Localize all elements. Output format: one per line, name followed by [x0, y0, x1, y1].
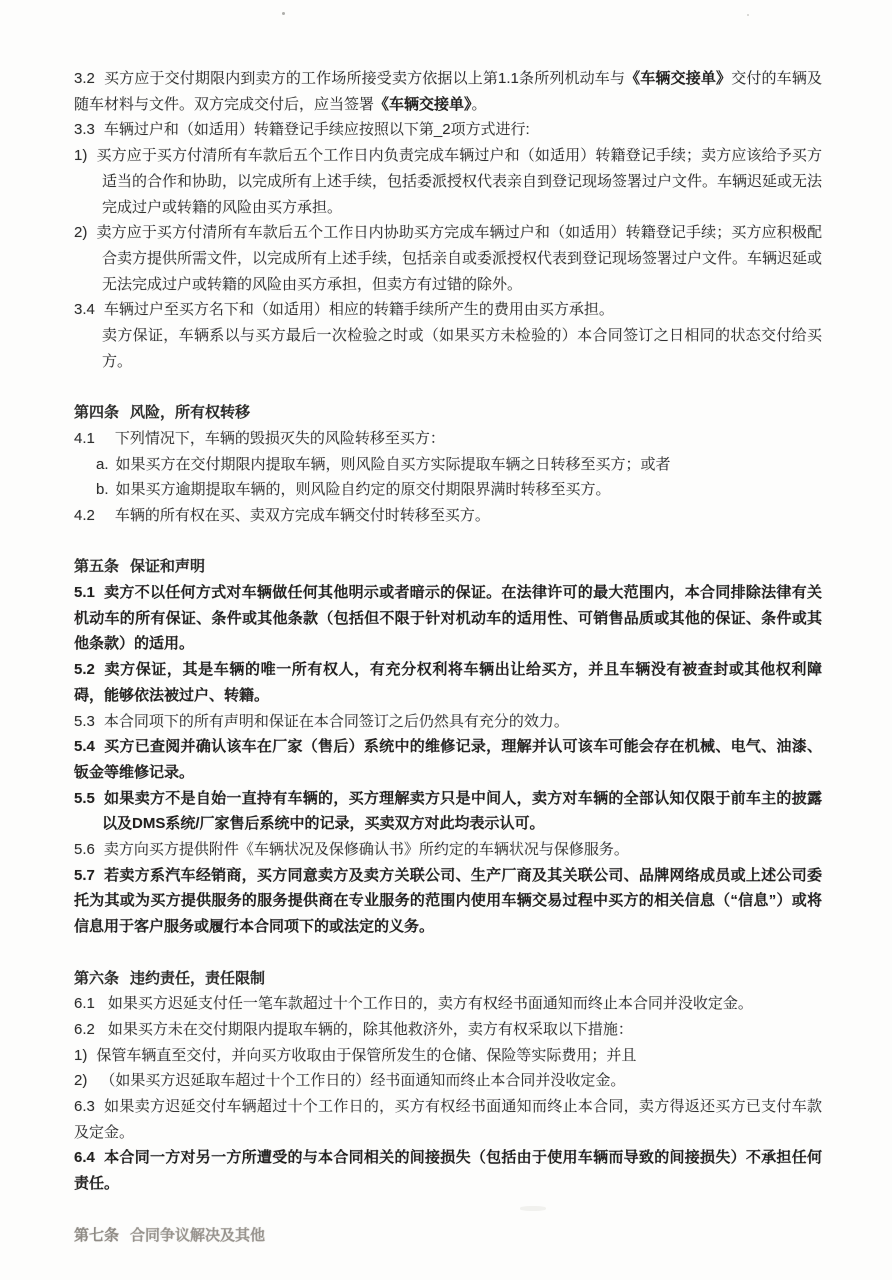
clause-number: 第七条 — [74, 1227, 119, 1244]
scan-speck — [747, 14, 749, 16]
text-run: 下列情况下，车辆的毁损灭失的风险转移至买方： — [115, 430, 445, 447]
scanned-contract-page: 3.2买方应于交付期限内到卖方的工作场所接受卖方依据以上第1.1条所列机动车与《… — [0, 0, 892, 1280]
contract-paragraph: 5.2卖方保证，其是车辆的唯一所有权人，有充分权利将车辆出让给买方，并且车辆没有… — [74, 657, 822, 708]
text-run: 本合同一方对另一方所遭受的与本合同相关的间接损失（包括由于使用车辆而导致的间接损… — [74, 1149, 822, 1192]
text-run: 买方应于买方付清所有车款后五个工作日内负责完成车辆过户和（如适用）转籍登记手续；… — [96, 147, 822, 215]
clause-number: 5.5 — [74, 790, 95, 807]
text-run: 如果买方迟延支付任一笔车款超过十个工作日的，卖方有权经书面通知而终止本合同并没收… — [108, 995, 753, 1012]
contract-paragraph: 6.3如果卖方迟延交付车辆超过十个工作日的，买方有权经书面通知而终止本合同，卖方… — [74, 1094, 822, 1145]
clause-number: 4.1 — [74, 430, 95, 447]
text-run: 合同争议解决及其他 — [130, 1227, 265, 1244]
text-run: 本合同项下的所有声明和保证在本合同签订之后仍然具有充分的效力。 — [104, 713, 569, 730]
text-run: 风险，所有权转移 — [130, 404, 250, 421]
contract-paragraph: b.如果买方逾期提取车辆的，则风险自约定的原交付期限界满时转移至买方。 — [74, 477, 822, 503]
clause-number: 3.3 — [74, 121, 95, 138]
clause-number: 3.2 — [74, 70, 95, 87]
clause-number: 1) — [74, 147, 87, 164]
clause-number: 6.4 — [74, 1149, 95, 1166]
text-run: 保管车辆直至交付，并向买方收取由于保管所发生的仓储、保险等实际费用；并且 — [96, 1047, 636, 1064]
clause-number: 4.2 — [74, 507, 95, 524]
text-run: 车辆过户和（如适用）转籍登记手续应按照以下第_2项方式进行: — [104, 121, 530, 138]
contract-paragraph: 6.4本合同一方对另一方所遭受的与本合同相关的间接损失（包括由于使用车辆而导致的… — [74, 1145, 822, 1196]
text-run: 《车辆交接单》 — [625, 70, 731, 87]
text-run: 买方应于交付期限内到卖方的工作场所接受卖方依据以上第1.1条所列机动车与 — [104, 70, 625, 87]
text-run: 若卖方系汽车经销商，买方同意卖方及卖方关联公司、生产厂商及其关联公司、品牌网络成… — [74, 867, 822, 935]
contract-paragraph: a.如果买方在交付期限内提取车辆，则风险自买方实际提取车辆之日转移至买方；或者 — [74, 452, 822, 478]
contract-paragraph: 5.3本合同项下的所有声明和保证在本合同签订之后仍然具有充分的效力。 — [74, 709, 822, 735]
contract-paragraph: 5.5如果卖方不是自始一直持有车辆的，买方理解卖方只是中间人，卖方对车辆的全部认… — [74, 786, 822, 837]
text-run: 如果卖方不是自始一直持有车辆的，买方理解卖方只是中间人，卖方对车辆的全部认知仅限… — [102, 790, 822, 833]
contract-paragraph: 2)卖方应于买方付清所有车款后五个工作日内协助买方完成车辆过户和（如适用）转籍登… — [74, 220, 822, 297]
text-run: 买方已查阅并确认该车在厂家（售后）系统中的维修记录，理解并认可该车可能会存在机械… — [74, 738, 822, 781]
clause-number: 2) — [74, 1072, 87, 1089]
contract-paragraph: 6.1如果买方迟延支付任一笔车款超过十个工作日的，卖方有权经书面通知而终止本合同… — [74, 991, 822, 1017]
clause-number: 5.6 — [74, 841, 95, 858]
clause-number: 5.4 — [74, 738, 95, 755]
clause-number: 2) — [74, 224, 87, 241]
contract-paragraph: 5.4买方已查阅并确认该车在厂家（售后）系统中的维修记录，理解并认可该车可能会存… — [74, 734, 822, 785]
contract-paragraph: 3.3车辆过户和（如适用）转籍登记手续应按照以下第_2项方式进行: — [74, 117, 822, 143]
text-run: 如果卖方迟延交付车辆超过十个工作日的，买方有权经书面通知而终止本合同，卖方得返还… — [74, 1098, 822, 1141]
section-heading: 第六条违约责任，责任限制 — [74, 966, 822, 992]
scan-smudge — [520, 1206, 546, 1211]
section-heading: 第四条风险，所有权转移 — [74, 400, 822, 426]
text-run: （如果买方迟延取车超过十个工作日的）经书面通知而终止本合同并没收定金。 — [100, 1072, 625, 1089]
contract-paragraph: 2)（如果买方迟延取车超过十个工作日的）经书面通知而终止本合同并没收定金。 — [74, 1068, 822, 1094]
text-run: 如果买方在交付期限内提取车辆，则风险自买方实际提取车辆之日转移至买方；或者 — [116, 456, 671, 473]
text-run: 。 — [472, 96, 487, 113]
text-run: 如果买方逾期提取车辆的，则风险自约定的原交付期限界满时转移至买方。 — [116, 481, 611, 498]
contract-paragraph: 卖方保证，车辆系以与买方最后一次检验之时或（如果买方未检验的）本合同签订之日相同… — [74, 323, 822, 374]
clause-number: 5.1 — [74, 584, 95, 601]
contract-paragraph: 4.2车辆的所有权在买、卖双方完成车辆交付时转移至买方。 — [74, 503, 822, 529]
scan-speck — [282, 12, 285, 15]
contract-paragraph: 3.4车辆过户至买方名下和（如适用）相应的转籍手续所产生的费用由买方承担。 — [74, 297, 822, 323]
contract-paragraph: 4.1下列情况下，车辆的毁损灭失的风险转移至买方： — [74, 426, 822, 452]
contract-paragraph: 1)买方应于买方付清所有车款后五个工作日内负责完成车辆过户和（如适用）转籍登记手… — [74, 143, 822, 220]
clause-number: 5.2 — [74, 661, 95, 678]
clause-number: 6.3 — [74, 1098, 95, 1115]
text-run: 卖方保证，其是车辆的唯一所有权人，有充分权利将车辆出让给买方，并且车辆没有被查封… — [74, 661, 822, 704]
clause-number: 3.4 — [74, 301, 95, 318]
contract-paragraph: 3.2买方应于交付期限内到卖方的工作场所接受卖方依据以上第1.1条所列机动车与《… — [74, 66, 822, 117]
section-heading: 第七条合同争议解决及其他 — [74, 1223, 822, 1249]
contract-paragraph: 5.7若卖方系汽车经销商，买方同意卖方及卖方关联公司、生产厂商及其关联公司、品牌… — [74, 863, 822, 940]
clause-number: 1) — [74, 1047, 87, 1064]
contract-paragraph: 1)保管车辆直至交付，并向买方收取由于保管所发生的仓储、保险等实际费用；并且 — [74, 1043, 822, 1069]
text-run: 卖方保证，车辆系以与买方最后一次检验之时或（如果买方未检验的）本合同签订之日相同… — [102, 327, 822, 370]
text-run: 如果买方未在交付期限内提取车辆的，除其他救济外，卖方有权采取以下措施： — [108, 1021, 633, 1038]
clause-number: 6.1 — [74, 995, 95, 1012]
text-run: 卖方不以任何方式对车辆做任何其他明示或者暗示的保证。在法律许可的最大范围内，本合… — [74, 584, 822, 652]
text-run: 车辆过户至买方名下和（如适用）相应的转籍手续所产生的费用由买方承担。 — [104, 301, 614, 318]
clause-number: 第六条 — [74, 970, 119, 987]
contract-body: 3.2买方应于交付期限内到卖方的工作场所接受卖方依据以上第1.1条所列机动车与《… — [74, 66, 822, 1248]
clause-number: 5.3 — [74, 713, 95, 730]
text-run: 卖方向买方提供附件《车辆状况及保修确认书》所约定的车辆状况与保修服务。 — [104, 841, 629, 858]
contract-paragraph: 6.2如果买方未在交付期限内提取车辆的，除其他救济外，卖方有权采取以下措施： — [74, 1017, 822, 1043]
contract-paragraph: 5.1卖方不以任何方式对车辆做任何其他明示或者暗示的保证。在法律许可的最大范围内… — [74, 580, 822, 657]
text-run: 车辆的所有权在买、卖双方完成车辆交付时转移至买方。 — [115, 507, 490, 524]
text-run: 卖方应于买方付清所有车款后五个工作日内协助买方完成车辆过户和（如适用）转籍登记手… — [96, 224, 822, 292]
clause-number: 6.2 — [74, 1021, 95, 1038]
text-run: 违约责任，责任限制 — [130, 970, 265, 987]
clause-number: a. — [96, 456, 109, 473]
contract-paragraph: 5.6卖方向买方提供附件《车辆状况及保修确认书》所约定的车辆状况与保修服务。 — [74, 837, 822, 863]
text-run: 保证和声明 — [130, 558, 205, 575]
clause-number: b. — [96, 481, 109, 498]
clause-number: 第四条 — [74, 404, 119, 421]
clause-number: 5.7 — [74, 867, 95, 884]
clause-number: 第五条 — [74, 558, 119, 575]
section-heading: 第五条保证和声明 — [74, 554, 822, 580]
text-run: 《车辆交接单》 — [374, 96, 472, 113]
